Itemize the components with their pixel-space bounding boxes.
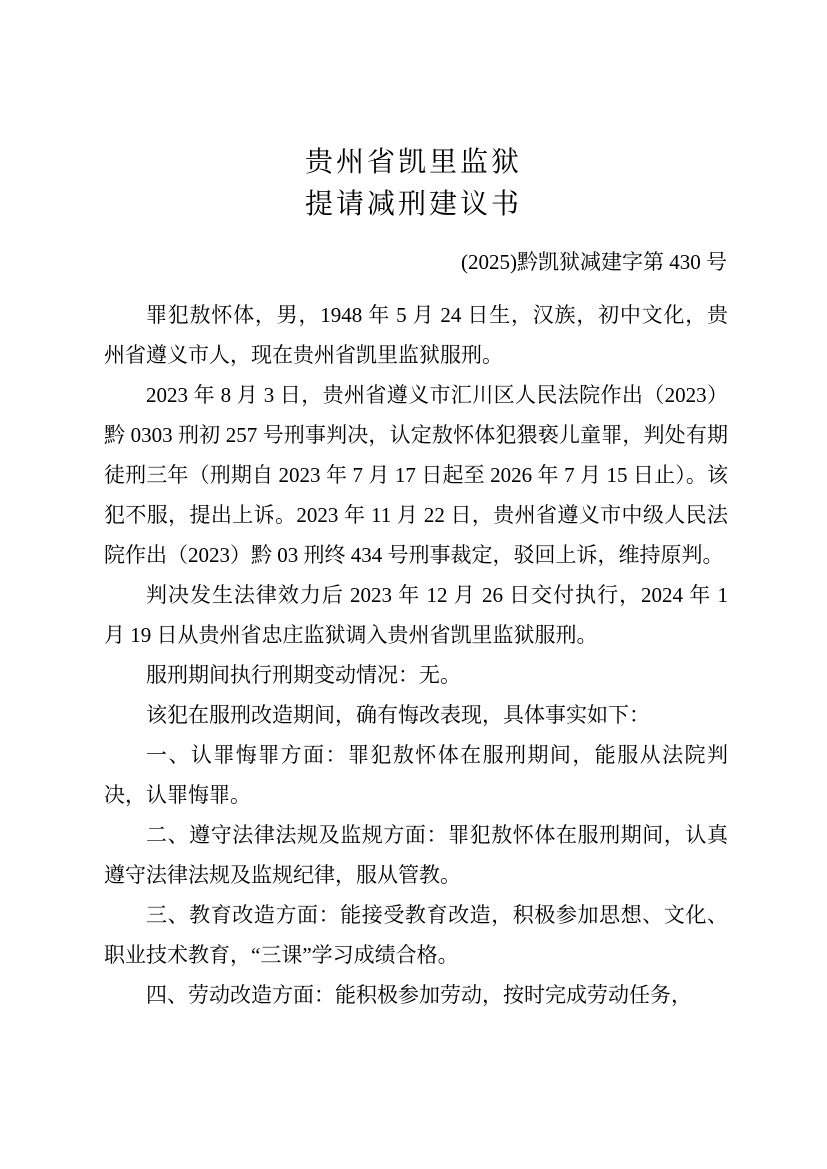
document-body: 罪犯敖怀体，男，1948 年 5 月 24 日生，汉族，初中文化，贵州省遵义市人… [104, 295, 728, 1015]
body-paragraph: 2023 年 8 月 3 日，贵州省遵义市汇川区人民法院作出（2023）黔 03… [104, 375, 728, 575]
body-paragraph: 四、劳动改造方面：能积极参加劳动，按时完成劳动任务， [104, 975, 728, 1015]
document-page: 贵州省凯里监狱 提请减刑建议书 (2025)黔凯狱减建字第 430 号 罪犯敖怀… [0, 0, 827, 1169]
body-paragraph: 三、教育改造方面：能接受教育改造，积极参加思想、文化、职业技术教育，“三课”学习… [104, 895, 728, 975]
body-paragraph: 判决发生法律效力后 2023 年 12 月 26 日交付执行，2024 年 1 … [104, 575, 728, 655]
document-title-line2: 提请减刑建议书 [0, 184, 827, 226]
document-header: 贵州省凯里监狱 提请减刑建议书 [0, 0, 827, 226]
document-number: (2025)黔凯狱减建字第 430 号 [0, 242, 727, 282]
document-title-line1: 贵州省凯里监狱 [0, 142, 827, 184]
body-paragraph: 服刑期间执行刑期变动情况：无。 [104, 655, 728, 695]
body-paragraph: 一、认罪悔罪方面：罪犯敖怀体在服刑期间，能服从法院判决，认罪悔罪。 [104, 735, 728, 815]
body-paragraph: 该犯在服刑改造期间，确有悔改表现，具体事实如下： [104, 695, 728, 735]
body-paragraph: 罪犯敖怀体，男，1948 年 5 月 24 日生，汉族，初中文化，贵州省遵义市人… [104, 295, 728, 375]
body-paragraph: 二、遵守法律法规及监规方面：罪犯敖怀体在服刑期间，认真遵守法律法规及监规纪律，服… [104, 815, 728, 895]
